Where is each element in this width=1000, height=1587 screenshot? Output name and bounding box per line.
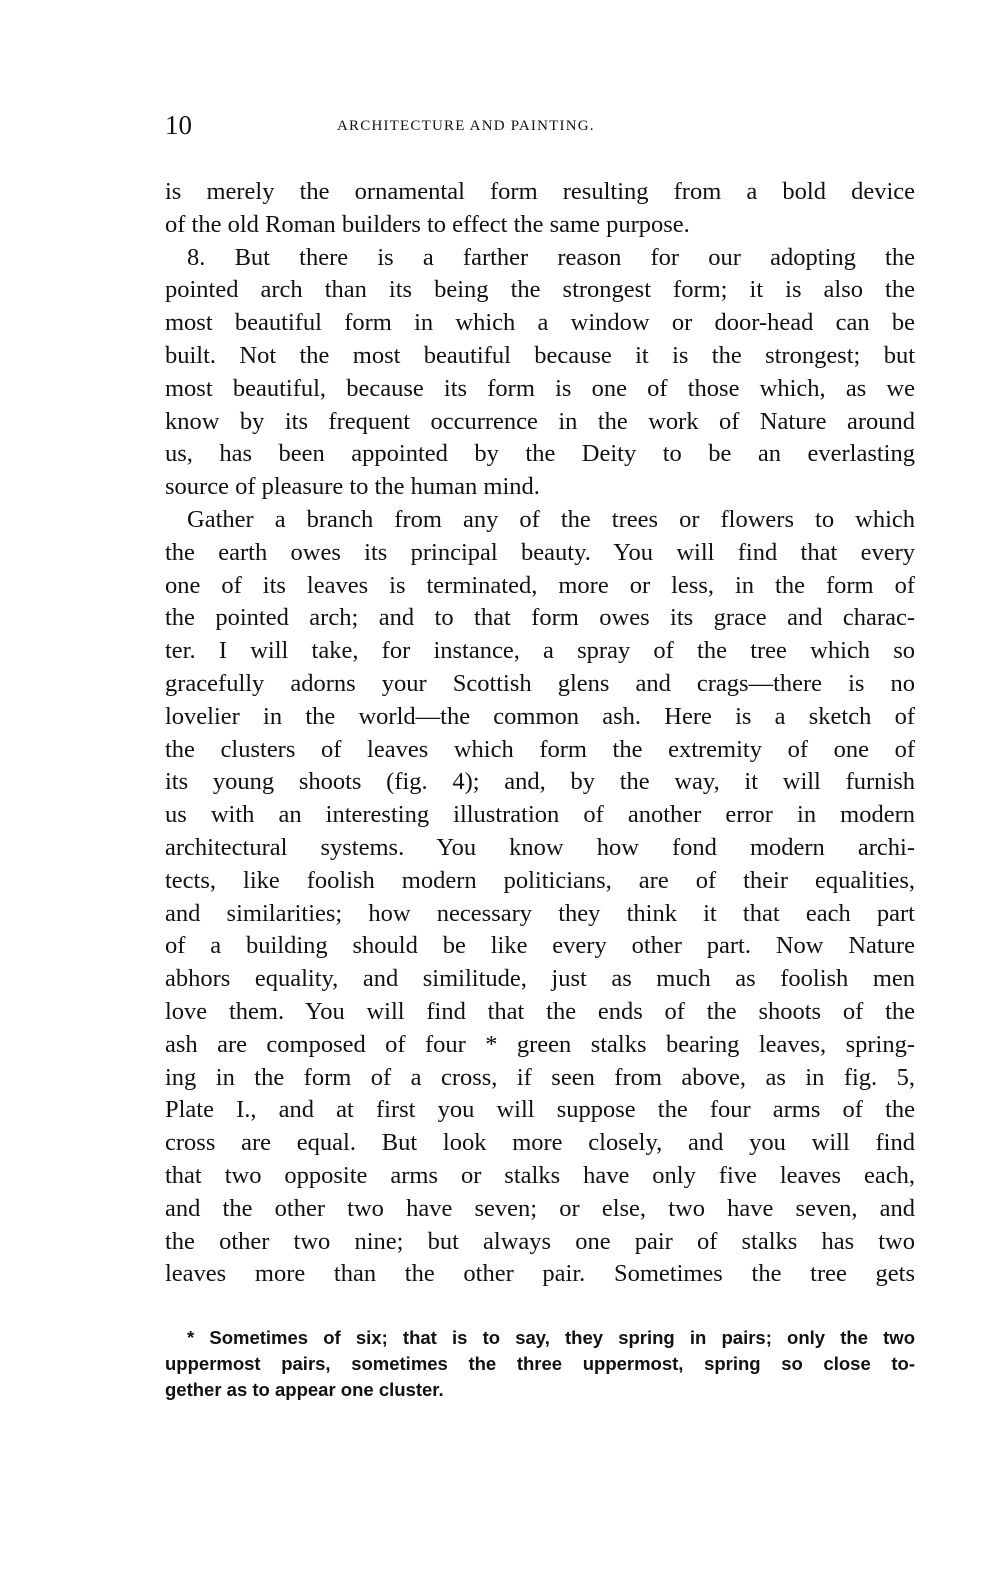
text-line: is merely the ornamental form resulting … [165, 176, 915, 209]
page-number: 10 [165, 110, 192, 141]
text-line: one of its leaves is terminated, more or… [165, 570, 915, 603]
text-line: ter. I will take, for instance, a spray … [165, 635, 915, 668]
text-line: and the other two have seven; or else, t… [165, 1193, 915, 1226]
text-line: Gather a branch from any of the trees or… [165, 504, 915, 537]
text-line: most beautiful form in which a window or… [165, 307, 915, 340]
body-text: is merely the ornamental form resulting … [165, 176, 915, 1291]
text-line: the earth owes its principal beauty. You… [165, 537, 915, 570]
footnote: * Sometimes of six; that is to say, they… [165, 1325, 915, 1403]
text-line: architectural systems. You know how fond… [165, 832, 915, 865]
text-line: lovelier in the world—the common ash. He… [165, 701, 915, 734]
text-line: ash are composed of four * green stalks … [165, 1029, 915, 1062]
text-line: Plate I., and at first you will suppose … [165, 1094, 915, 1127]
text-line: the other two nine; but always one pair … [165, 1226, 915, 1259]
text-line: 8. But there is a farther reason for our… [165, 242, 915, 275]
text-line: of a building should be like every other… [165, 930, 915, 963]
text-line: uppermost pairs, sometimes the three upp… [165, 1351, 915, 1377]
text-line: built. Not the most beautiful because it… [165, 340, 915, 373]
text-line: source of pleasure to the human mind. [165, 471, 915, 504]
text-line: cross are equal. But look more closely, … [165, 1127, 915, 1160]
text-line: pointed arch than its being the stronges… [165, 274, 915, 307]
text-line: its young shoots (fig. 4); and, by the w… [165, 766, 915, 799]
page-header: 10 ARCHITECTURE AND PAINTING. [165, 110, 915, 144]
running-head: ARCHITECTURE AND PAINTING. [337, 118, 595, 135]
text-line: leaves more than the other pair. Sometim… [165, 1258, 915, 1291]
text-line: most beautiful, because its form is one … [165, 373, 915, 406]
text-line: gether as to appear one cluster. [165, 1377, 915, 1403]
text-line: us with an interesting illustration of a… [165, 799, 915, 832]
text-line: love them. You will find that the ends o… [165, 996, 915, 1029]
text-line: the clusters of leaves which form the ex… [165, 734, 915, 767]
text-line: ing in the form of a cross, if seen from… [165, 1062, 915, 1095]
text-line: that two opposite arms or stalks have on… [165, 1160, 915, 1193]
text-line: know by its frequent occurrence in the w… [165, 406, 915, 439]
text-line: of the old Roman builders to effect the … [165, 209, 915, 242]
text-line: * Sometimes of six; that is to say, they… [165, 1325, 915, 1351]
text-line: gracefully adorns your Scottish glens an… [165, 668, 915, 701]
text-line: us, has been appointed by the Deity to b… [165, 438, 915, 471]
text-line: tects, like foolish modern politicians, … [165, 865, 915, 898]
text-line: abhors equality, and similitude, just as… [165, 963, 915, 996]
text-line: the pointed arch; and to that form owes … [165, 602, 915, 635]
text-line: and similarities; how necessary they thi… [165, 898, 915, 931]
